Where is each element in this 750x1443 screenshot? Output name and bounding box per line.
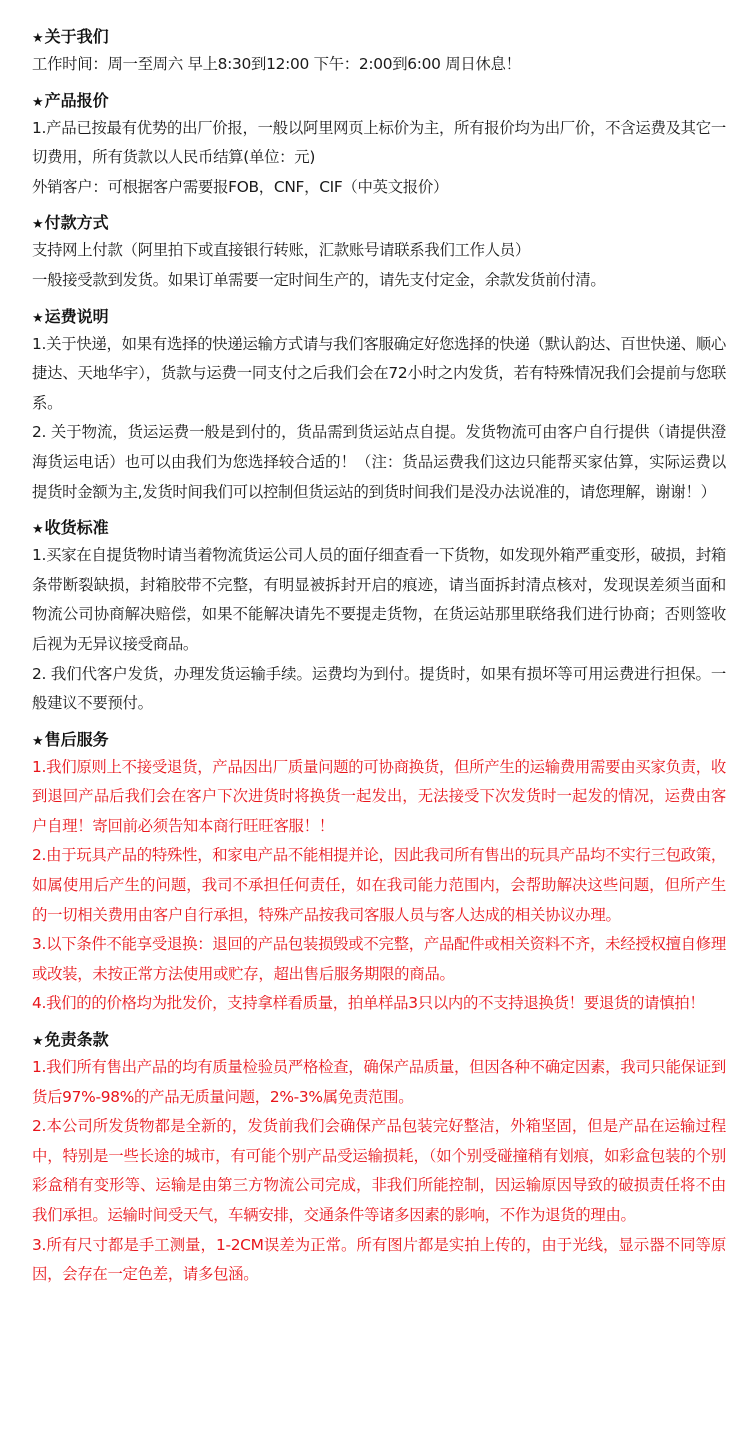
section-title: 产品报价 (45, 91, 109, 110)
section-heading: ★运费说明 (32, 304, 726, 330)
section-heading: ★免责条款 (32, 1027, 726, 1053)
section-heading: ★关于我们 (32, 24, 726, 50)
star-icon: ★ (32, 734, 44, 749)
paragraph-warning: 2.本公司所发货物都是全新的，发货前我们会确保产品包装完好整洁，外箱坚固，但是产… (32, 1112, 726, 1230)
paragraph-warning: 3.所有尺寸都是手工测量，1-2CM误差为正常。所有图片都是实拍上传的，由于光线… (32, 1231, 726, 1290)
star-icon: ★ (32, 1034, 44, 1049)
star-icon: ★ (32, 522, 44, 537)
star-icon: ★ (32, 95, 44, 110)
paragraph: 一般接受款到发货。如果订单需要一定时间生产的，请先支付定金，余款发货前付清。 (32, 266, 726, 296)
paragraph: 2. 关于物流，货运运费一般是到付的，货品需到货运站点自提。发货物流可由客户自行… (32, 418, 726, 507)
section-shipping-fees: ★运费说明 1.关于快递，如果有选择的快递运输方式请与我们客服确定好您选择的快递… (32, 304, 726, 508)
paragraph-warning: 2.由于玩具产品的特殊性，和家电产品不能相提并论，因此我司所有售出的玩具产品均不… (32, 841, 726, 930)
section-heading: ★付款方式 (32, 210, 726, 236)
store-policy-document: ★关于我们 工作时间：周一至周六 早上8:30到12:00 下午：2:00到6:… (0, 0, 750, 1290)
star-icon: ★ (32, 217, 44, 232)
section-product-pricing: ★产品报价 1.产品已按最有优势的出厂价报，一般以阿里网页上标价为主，所有报价均… (32, 88, 726, 203)
paragraph: 外销客户：可根据客户需要报FOB，CNF，CIF（中英文报价） (32, 173, 726, 203)
section-disclaimer: ★免责条款 1.我们所有售出产品的均有质量检验员严格检查，确保产品质量，但因各种… (32, 1027, 726, 1290)
paragraph: 2. 我们代客户发货，办理发货运输手续。运费均为到付。提货时，如果有损坏等可用运… (32, 660, 726, 719)
section-title: 关于我们 (45, 27, 109, 46)
section-title: 售后服务 (45, 730, 109, 749)
section-heading: ★产品报价 (32, 88, 726, 114)
paragraph: 1.产品已按最有优势的出厂价报，一般以阿里网页上标价为主，所有报价均为出厂价，不… (32, 114, 726, 173)
section-receiving-standards: ★收货标准 1.买家在自提货物时请当着物流货运公司人员的面仔细查看一下货物，如发… (32, 515, 726, 719)
star-icon: ★ (32, 31, 44, 46)
section-about-us: ★关于我们 工作时间：周一至周六 早上8:30到12:00 下午：2:00到6:… (32, 24, 726, 80)
paragraph-warning: 3.以下条件不能享受退换：退回的产品包装损毁或不完整，产品配件或相关资料不齐，未… (32, 930, 726, 989)
paragraph: 1.关于快递，如果有选择的快递运输方式请与我们客服确定好您选择的快递（默认韵达、… (32, 330, 726, 419)
paragraph: 1.买家在自提货物时请当着物流货运公司人员的面仔细查看一下货物，如发现外箱严重变… (32, 541, 726, 659)
section-heading: ★售后服务 (32, 727, 726, 753)
paragraph-warning: 1.我们原则上不接受退货，产品因出厂质量问题的可协商换货，但所产生的运输费用需要… (32, 753, 726, 842)
paragraph-warning: 1.我们所有售出产品的均有质量检验员严格检查，确保产品质量，但因各种不确定因素，… (32, 1053, 726, 1112)
section-after-sales-service: ★售后服务 1.我们原则上不接受退货，产品因出厂质量问题的可协商换货，但所产生的… (32, 727, 726, 1019)
section-title: 免责条款 (45, 1030, 109, 1049)
paragraph: 工作时间：周一至周六 早上8:30到12:00 下午：2:00到6:00 周日休… (32, 50, 726, 80)
section-title: 收货标准 (45, 518, 109, 537)
section-title: 付款方式 (45, 213, 109, 232)
paragraph: 支持网上付款（阿里拍下或直接银行转账，汇款账号请联系我们工作人员） (32, 236, 726, 266)
section-heading: ★收货标准 (32, 515, 726, 541)
paragraph-warning: 4.我们的的价格均为批发价，支持拿样看质量，拍单样品3只以内的不支持退换货！要退… (32, 989, 726, 1019)
section-title: 运费说明 (45, 307, 109, 326)
star-icon: ★ (32, 311, 44, 326)
section-payment-method: ★付款方式 支持网上付款（阿里拍下或直接银行转账，汇款账号请联系我们工作人员） … (32, 210, 726, 295)
